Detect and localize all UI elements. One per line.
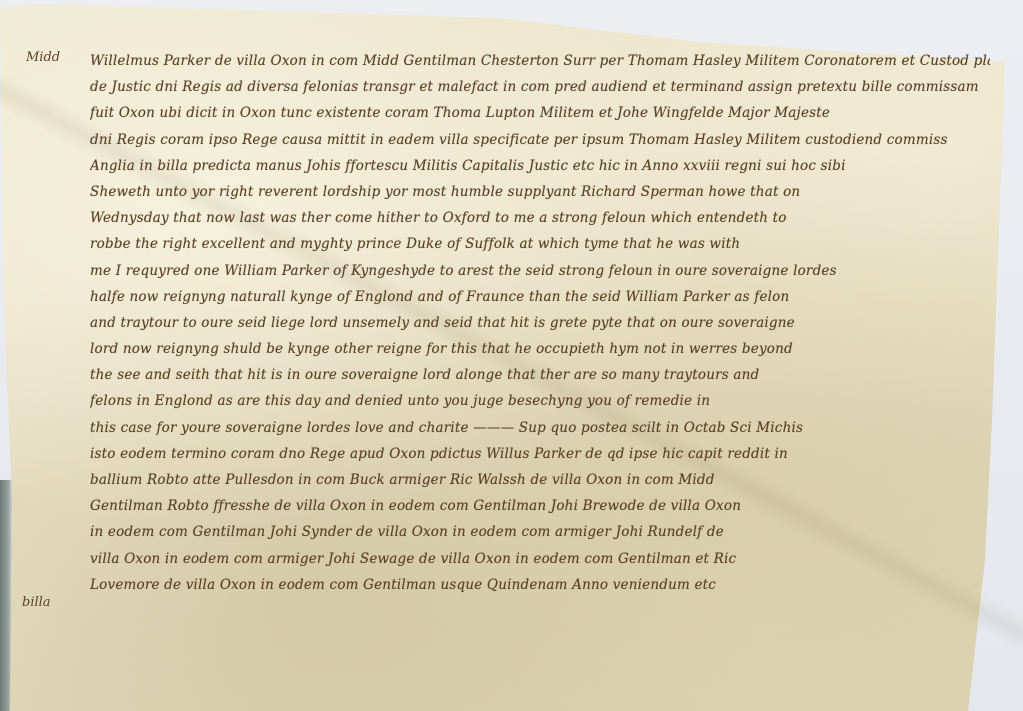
manuscript-line: villa Oxon in eodem com armiger Johi Sew… — [90, 546, 990, 572]
manuscript-line: Anglia in billa predicta manus Johis ffo… — [90, 153, 990, 179]
manuscript-line: halfe now reignyng naturall kynge of Eng… — [90, 284, 990, 310]
manuscript-line: de Justic dni Regis ad diversa felonias … — [90, 74, 990, 100]
manuscript-line: fuit Oxon ubi dicit in Oxon tunc existen… — [90, 100, 990, 126]
manuscript-line: felons in Englond as are this day and de… — [90, 388, 990, 414]
manuscript-line: Sheweth unto yor right reverent lordship… — [90, 179, 990, 205]
manuscript-line: and traytour to oure seid liege lord uns… — [90, 310, 990, 336]
manuscript-line: in eodem com Gentilman Johi Synder de vi… — [90, 519, 990, 545]
manuscript-line: robbe the right excellent and myghty pri… — [90, 231, 990, 257]
document-viewer: Midd billa Willelmus Parker de villa Oxo… — [0, 0, 1023, 711]
manuscript-line: ballium Robto atte Pullesdon in com Buck… — [90, 467, 990, 493]
manuscript-line: Lovemore de villa Oxon in eodem com Gent… — [90, 572, 990, 598]
margin-note-bail: billa — [22, 595, 51, 610]
manuscript-line: Wednysday that now last was ther come hi… — [90, 205, 990, 231]
margin-note-county: Midd — [26, 50, 60, 65]
manuscript-line: this case for youre soveraigne lordes lo… — [90, 415, 990, 441]
manuscript-text: Willelmus Parker de villa Oxon in com Mi… — [90, 48, 990, 598]
manuscript-line: the see and seith that hit is in oure so… — [90, 362, 990, 388]
manuscript-line: isto eodem termino coram dno Rege apud O… — [90, 441, 990, 467]
manuscript-line: lord now reignyng shuld be kynge other r… — [90, 336, 990, 362]
manuscript-line: me I requyred one William Parker of Kyng… — [90, 258, 990, 284]
manuscript-line: Willelmus Parker de villa Oxon in com Mi… — [90, 48, 990, 74]
manuscript-line: dni Regis coram ipso Rege causa mittit i… — [90, 127, 990, 153]
manuscript-line: Gentilman Robto ffresshe de villa Oxon i… — [90, 493, 990, 519]
